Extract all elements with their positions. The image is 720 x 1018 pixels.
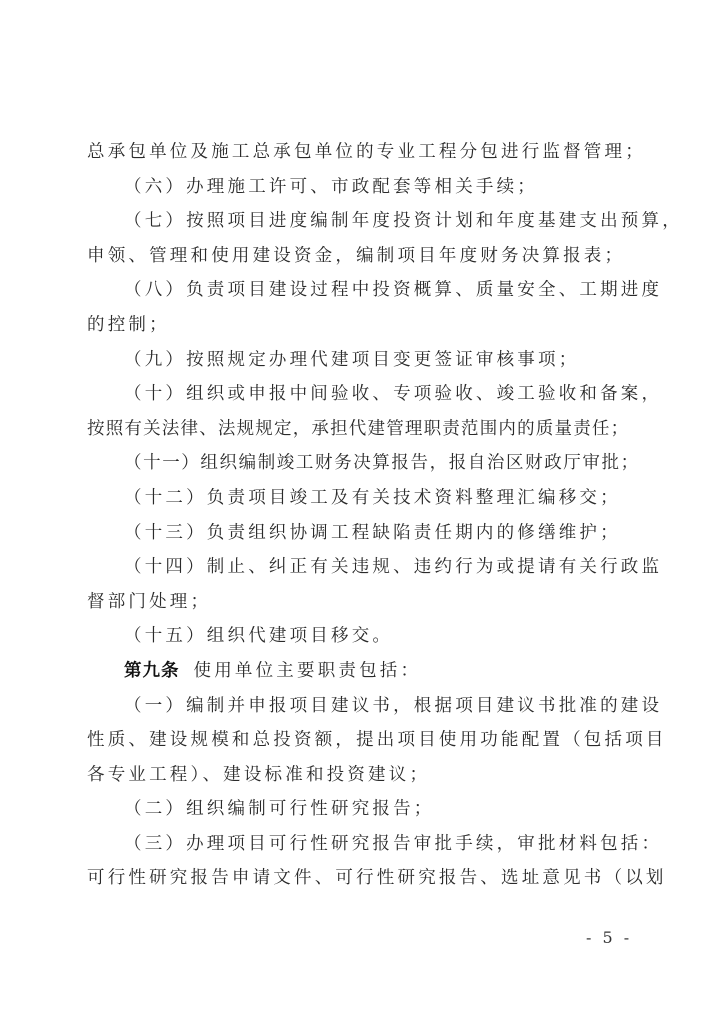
- text-line: 各专业工程）、建设标准和投资建议；: [87, 758, 635, 793]
- article-heading: 第九条使用单位主要职责包括：: [87, 654, 635, 689]
- text-line: 按照有关法律、法规规定，承担代建管理职责范围内的质量责任；: [87, 412, 635, 447]
- text-line: 可行性研究报告申请文件、可行性研究报告、选址意见书（以划: [87, 861, 635, 896]
- text-line: （十二）负责项目竣工及有关技术资料整理汇编移交；: [87, 481, 635, 516]
- text-line: 总承包单位及施工总承包单位的专业工程分包进行监督管理；: [87, 135, 635, 170]
- text-line: （十）组织或申报中间验收、专项验收、竣工验收和备案，: [87, 377, 635, 412]
- page-number: - 5 -: [586, 928, 632, 947]
- text-line: （七）按照项目进度编制年度投资计划和年度基建支出预算，: [87, 204, 635, 239]
- text-line: 的控制；: [87, 308, 635, 343]
- article-label: 第九条: [124, 661, 180, 681]
- text-line: （十三）负责组织协调工程缺陷责任期内的修缮维护；: [87, 516, 635, 551]
- text-line: （二）组织编制可行性研究报告；: [87, 792, 635, 827]
- text-line: （一）编制并申报项目建议书，根据项目建议书批准的建设: [87, 689, 635, 724]
- text-line: （十一）组织编制竣工财务决算报告，报自治区财政厅审批；: [87, 446, 635, 481]
- document-page: 总承包单位及施工总承包单位的专业工程分包进行监督管理； （六）办理施工许可、市政…: [0, 0, 720, 1018]
- text-line: （九）按照规定办理代建项目变更签证审核事项；: [87, 343, 635, 378]
- text-line: 督部门处理；: [87, 585, 635, 620]
- text-line: 性质、建设规模和总投资额，提出项目使用功能配置（包括项目: [87, 723, 635, 758]
- text-line: （十五）组织代建项目移交。: [87, 619, 635, 654]
- text-line: （三）办理项目可行性研究报告审批手续，审批材料包括：: [87, 827, 635, 862]
- document-body: 总承包单位及施工总承包单位的专业工程分包进行监督管理； （六）办理施工许可、市政…: [87, 135, 635, 896]
- article-text: 使用单位主要职责包括：: [194, 661, 422, 681]
- text-line: 申领、管理和使用建设资金，编制项目年度财务决算报表；: [87, 239, 635, 274]
- text-line: （六）办理施工许可、市政配套等相关手续；: [87, 170, 635, 205]
- text-line: （八）负责项目建设过程中投资概算、质量安全、工期进度: [87, 273, 635, 308]
- text-line: （十四）制止、纠正有关违规、违约行为或提请有关行政监: [87, 550, 635, 585]
